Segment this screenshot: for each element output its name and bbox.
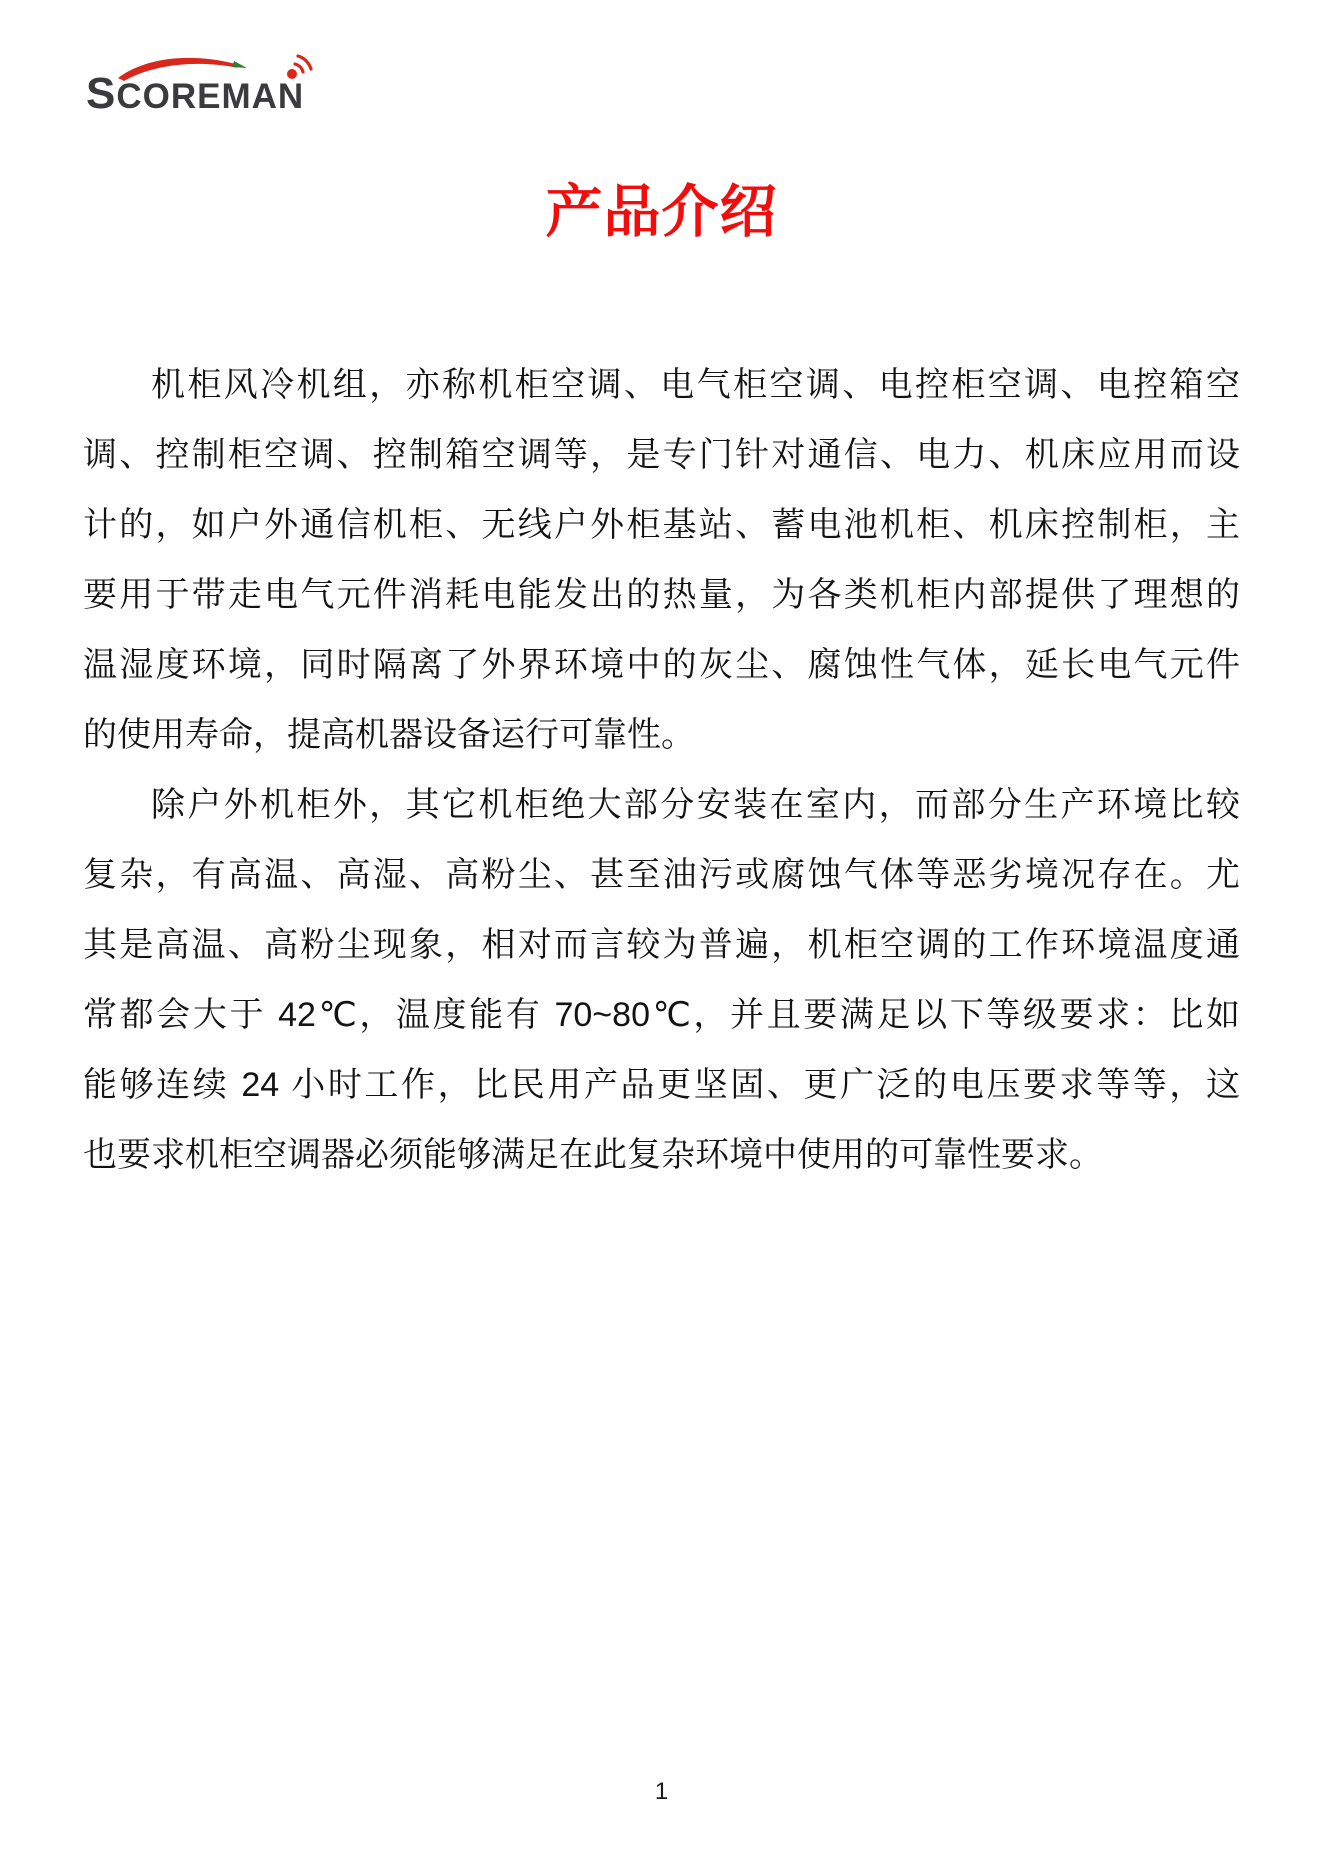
text-line: 也要求机柜空调器必须能够满足在此复杂环境中使用的可靠性要求。 — [83, 1120, 1240, 1190]
logo-first-letter: S — [86, 69, 116, 118]
text-line: 常都会大于 42℃，温度能有 70~80℃，并且要满足以下等级要求：比如 — [83, 980, 1240, 1050]
document-body: 机柜风冷机组，亦称机柜空调、电气柜空调、电控柜空调、电控箱空 调、控制柜空调、控… — [83, 350, 1240, 1190]
text-line: 温湿度环境，同时隔离了外界环境中的灰尘、腐蚀性气体，延长电气元件 — [83, 630, 1240, 700]
text-line: 其是高温、高粉尘现象，相对而言较为普遍，机柜空调的工作环境温度通 — [83, 910, 1240, 980]
page-title: 产品介绍 — [0, 166, 1323, 248]
text-line: 调、控制柜空调、控制箱空调等，是专门针对通信、电力、机床应用而设 — [83, 420, 1240, 490]
page-number: 1 — [0, 1778, 1323, 1806]
paragraph-2: 除户外机柜外，其它机柜绝大部分安装在室内，而部分生产环境比较 复杂，有高温、高湿… — [83, 770, 1240, 1190]
paragraph-1: 机柜风冷机组，亦称机柜空调、电气柜空调、电控柜空调、电控箱空 调、控制柜空调、控… — [83, 350, 1240, 770]
document-page: SCOREMAN 产品介绍 机柜风冷机组，亦称机柜空调、电气柜空调、电控柜空调、… — [0, 0, 1323, 1871]
logo-wordmark: SCOREMAN — [86, 69, 304, 118]
text-line: 计的，如户外通信机柜、无线户外柜基站、蓄电池机柜、机床控制柜，主 — [83, 490, 1240, 560]
logo-rest-letters: COREMAN — [116, 77, 304, 116]
text-line: 除户外机柜外，其它机柜绝大部分安装在室内，而部分生产环境比较 — [83, 770, 1240, 840]
scoreman-logo: SCOREMAN — [86, 52, 316, 122]
text-line: 能够连续 24 小时工作，比民用产品更坚固、更广泛的电压要求等等，这 — [83, 1050, 1240, 1120]
text-line: 的使用寿命，提高机器设备运行可靠性。 — [83, 700, 1240, 770]
text-line: 要用于带走电气元件消耗电能发出的热量，为各类机柜内部提供了理想的 — [83, 560, 1240, 630]
text-line: 复杂，有高温、高湿、高粉尘、甚至油污或腐蚀气体等恶劣境况存在。尤 — [83, 840, 1240, 910]
logo-signal-icon — [287, 56, 311, 79]
text-line: 机柜风冷机组，亦称机柜空调、电气柜空调、电控柜空调、电控箱空 — [83, 350, 1240, 420]
scoreman-logo-graphic: SCOREMAN — [86, 52, 316, 122]
